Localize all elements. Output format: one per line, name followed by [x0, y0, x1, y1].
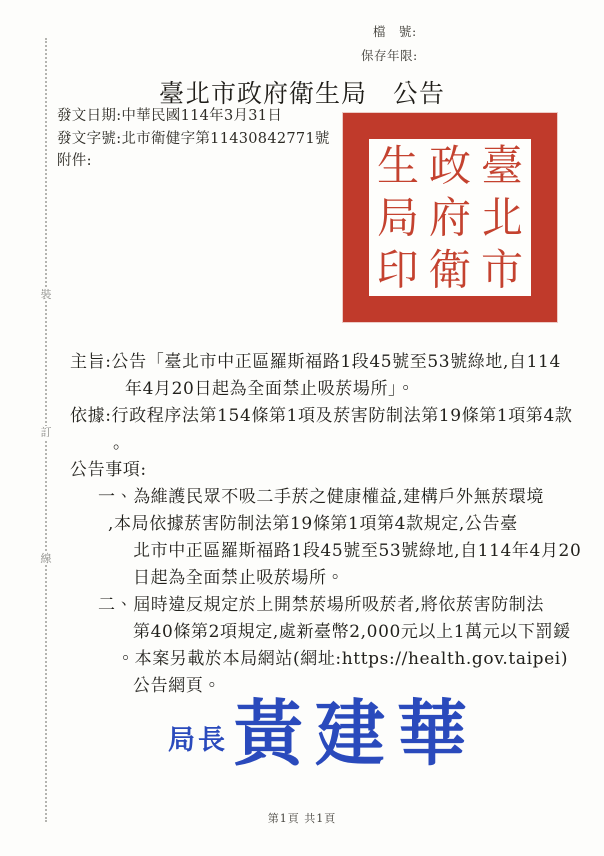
- document-page: 裝訂線 檔 號: 保存年限: 臺北市政府衛生局 公告 發文日期:中華民國114年…: [0, 0, 604, 856]
- body-line: 第40條第2項規定,處新臺幣2,000元以上1萬元以下罰鍰: [133, 622, 571, 642]
- body-line: 。: [113, 433, 131, 453]
- signer-name-stamp: 黃建華: [233, 693, 479, 775]
- signer-title: 局長: [168, 718, 228, 757]
- page-footer: 第1頁 共1頁: [0, 810, 604, 826]
- body-line: 年4月20日起為全面禁止吸菸場所」。: [125, 379, 415, 399]
- body-line: 一、為維護民眾不吸二手菸之健康權益,建構戶外無菸環境: [98, 487, 544, 507]
- body-line: 依據:行政程序法第154條第1項及菸害防制法第19條第1項第4款: [70, 406, 572, 426]
- body-line: 北市中正區羅斯福路1段45號至53號綠地,自114年4月20: [133, 541, 581, 561]
- body-line: 日起為全面禁止吸菸場所。: [133, 568, 344, 588]
- body-line: 二、屆時違反規定於上開禁菸場所吸菸者,將依菸害防制法: [98, 595, 544, 615]
- body-line: 公告網頁。: [133, 676, 221, 696]
- body-line: 。本案另載於本局網站(網址:https://health.gov.taipei): [117, 649, 568, 669]
- body-line: 公告事項:: [70, 460, 147, 480]
- body-line: 主旨:公告「臺北市中正區羅斯福路1段45號至53號綠地,自114: [70, 352, 561, 372]
- body-line: ,本局依據菸害防制法第19條第1項第4款規定,公告臺: [108, 514, 518, 534]
